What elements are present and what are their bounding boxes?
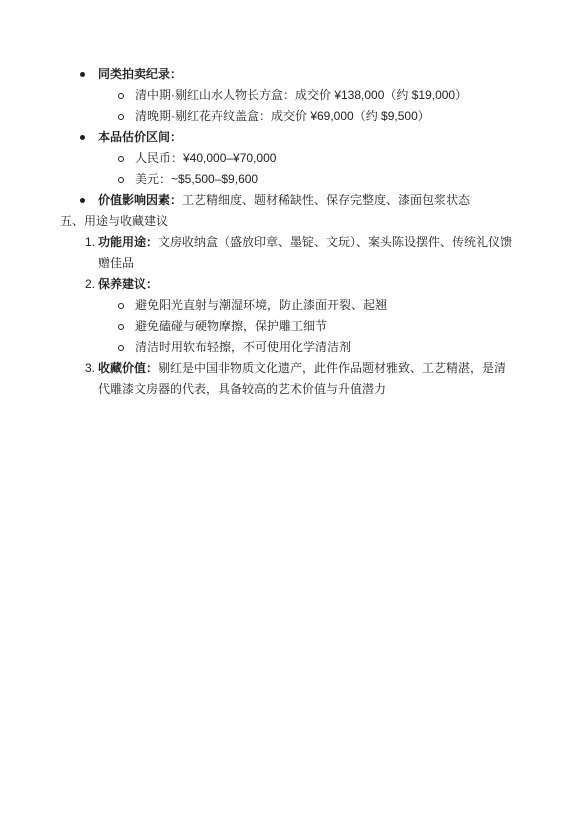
item-label: 收藏价值： [98, 361, 158, 375]
bullet-icon [80, 127, 98, 140]
item-body: 文房收纳盒（盛放印章、墨锭、文玩）、案头陈设摆件、传统礼仪馈赠佳品 [98, 235, 512, 270]
numbered-item-functional-use: 1. 功能用途：文房收纳盒（盛放印章、墨锭、文玩）、案头陈设摆件、传统礼仪馈赠佳… [85, 232, 578, 274]
list-item-text: 保养建议： [98, 274, 516, 295]
hollow-bullet-icon [118, 85, 135, 99]
item-label: 同类拍卖纪录： [98, 67, 182, 81]
list-item-text: 清中期·剔红山水人物长方盒：成交价 ¥138,000（约 $19,000） [135, 85, 516, 106]
numbered-item-care-advice: 2. 保养建议： [85, 274, 578, 295]
list-item-text: 收藏价值：剔红是中国非物质文化遗产，此件作品题材雅致、工艺精湛，是清代雕漆文房器… [98, 358, 516, 400]
item-label: 价值影响因素： [98, 193, 182, 207]
list-item-text: 避免磕碰与硬物摩擦，保护雕工细节 [135, 316, 516, 337]
list-number: 1. [85, 232, 98, 253]
hollow-bullet-icon [118, 337, 135, 351]
item-label: 功能用途： [98, 235, 158, 249]
bullet-item-estimate-range: 本品估价区间： [80, 127, 578, 148]
list-item-text: 本品估价区间： [98, 127, 516, 148]
hollow-bullet-icon [118, 316, 135, 330]
bullet-icon [80, 190, 98, 203]
list-item-text: 同类拍卖纪录： [98, 64, 516, 85]
section-heading: 五、用途与收藏建议 [60, 211, 578, 232]
item-body: 工艺精细度、题材稀缺性、保存完整度、漆面包浆状态 [182, 193, 470, 207]
numbered-item-collection-value: 3. 收藏价值：剔红是中国非物质文化遗产，此件作品题材雅致、工艺精湛，是清代雕漆… [85, 358, 578, 400]
hollow-bullet-icon [118, 295, 135, 309]
list-item-text: 人民币：¥40,000–¥70,000 [135, 148, 516, 169]
list-item-text: 功能用途：文房收纳盒（盛放印章、墨锭、文玩）、案头陈设摆件、传统礼仪馈赠佳品 [98, 232, 516, 274]
list-number: 2. [85, 274, 98, 295]
item-label: 本品估价区间： [98, 130, 182, 144]
hollow-bullet-icon [118, 169, 135, 183]
bullet-item-value-factors: 价值影响因素：工艺精细度、题材稀缺性、保存完整度、漆面包浆状态 [80, 190, 578, 211]
hollow-bullet-icon [118, 106, 135, 120]
document-page: 同类拍卖纪录： 清中期·剔红山水人物长方盒：成交价 ¥138,000（约 $19… [0, 0, 578, 836]
sub-bullet-item-auction-record-2: 清晚期·剔红花卉纹盖盒：成交价 ¥69,000（约 $9,500） [118, 106, 578, 127]
sub-bullet-item-care-3: 清洁时用软布轻擦，不可使用化学清洁剂 [118, 337, 578, 358]
sub-bullet-item-care-1: 避免阳光直射与潮湿环境，防止漆面开裂、起翘 [118, 295, 578, 316]
sub-bullet-item-usd-estimate: 美元：~$5,500–$9,600 [118, 169, 578, 190]
hollow-bullet-icon [118, 148, 135, 162]
sub-bullet-item-care-2: 避免磕碰与硬物摩擦，保护雕工细节 [118, 316, 578, 337]
bullet-item-auction-records: 同类拍卖纪录： [80, 64, 578, 85]
item-label: 保养建议： [98, 277, 158, 291]
list-item-text: 价值影响因素：工艺精细度、题材稀缺性、保存完整度、漆面包浆状态 [98, 190, 516, 211]
sub-bullet-item-auction-record-1: 清中期·剔红山水人物长方盒：成交价 ¥138,000（约 $19,000） [118, 85, 578, 106]
list-number: 3. [85, 358, 98, 379]
list-item-text: 清晚期·剔红花卉纹盖盒：成交价 ¥69,000（约 $9,500） [135, 106, 516, 127]
bullet-icon [80, 64, 98, 77]
list-item-text: 避免阳光直射与潮湿环境，防止漆面开裂、起翘 [135, 295, 516, 316]
list-item-text: 美元：~$5,500–$9,600 [135, 169, 516, 190]
sub-bullet-item-rmb-estimate: 人民币：¥40,000–¥70,000 [118, 148, 578, 169]
item-body: 剔红是中国非物质文化遗产，此件作品题材雅致、工艺精湛，是清代雕漆文房器的代表，具… [98, 361, 506, 396]
list-item-text: 清洁时用软布轻擦，不可使用化学清洁剂 [135, 337, 516, 358]
